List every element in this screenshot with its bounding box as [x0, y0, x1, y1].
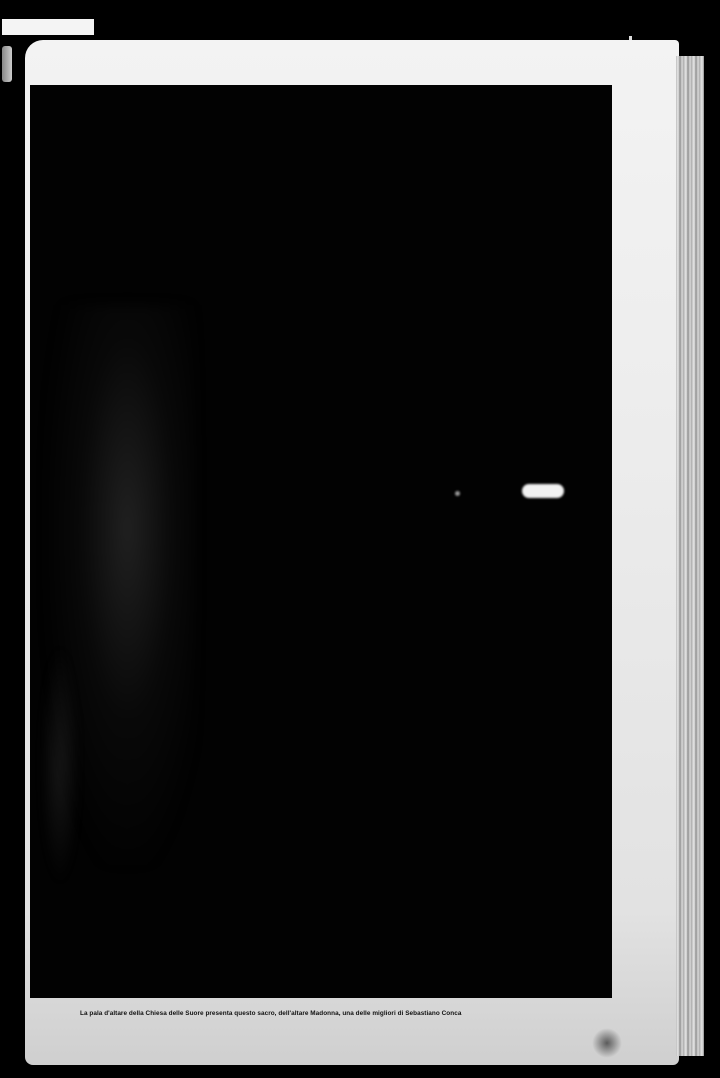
photo-light-speck [455, 491, 460, 496]
page-stain [592, 1028, 622, 1058]
photo-figure-lower [40, 645, 80, 885]
figure-photograph [30, 85, 612, 998]
photo-light-highlight [522, 484, 564, 498]
scan-label-strip [2, 19, 94, 35]
page-edge-stack [676, 56, 704, 1056]
figure-caption: La pala d'altare della Chiesa delle Suor… [80, 1010, 560, 1017]
adjacent-page-edge [2, 46, 12, 82]
